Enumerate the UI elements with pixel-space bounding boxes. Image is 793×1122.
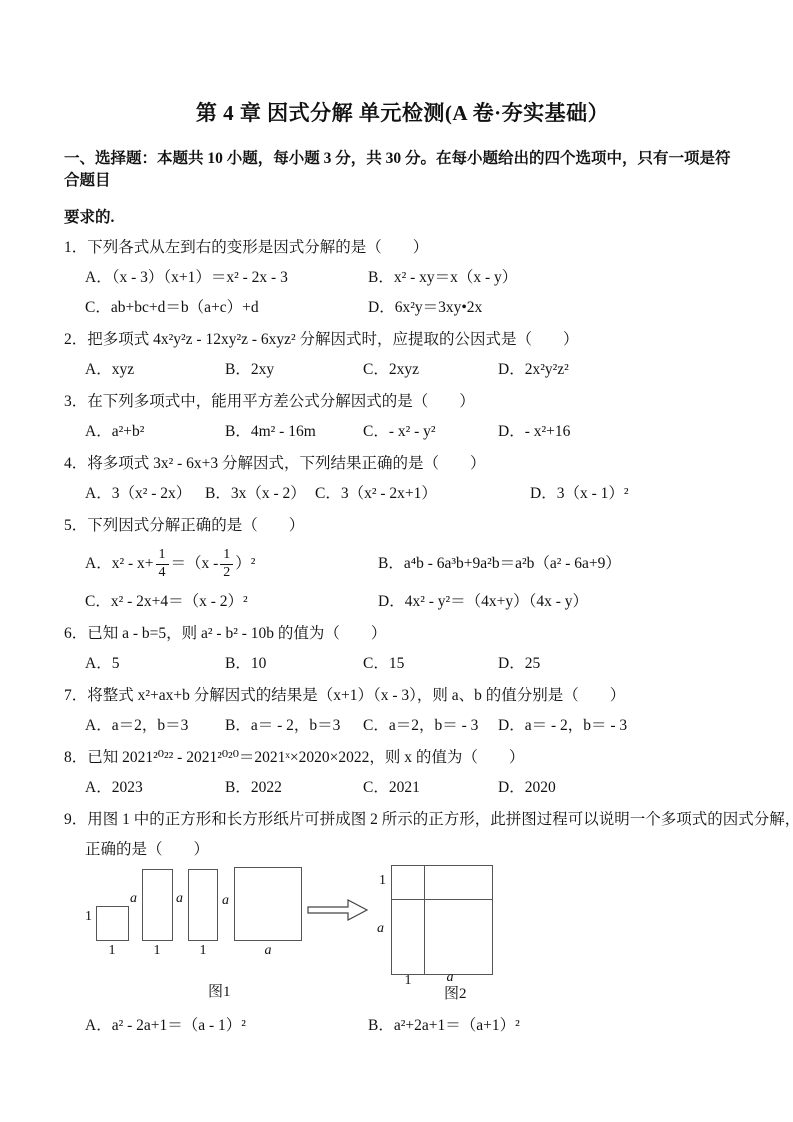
- fig1-rect2-width-label: 1: [193, 943, 213, 959]
- q8-options-row: A．2023 B．2022 C．2021 D．2020: [64, 773, 741, 803]
- q1-option-b: B．x² - xy＝x（x - y）: [368, 263, 741, 293]
- q1-options-row-1: A．（x - 3）（x+1）＝x² - 2x - 3 B．x² - xy＝x（x…: [64, 263, 741, 293]
- q2-option-c: C．2xyz: [363, 355, 498, 385]
- fraction-one-half: 1 2: [220, 547, 233, 580]
- q5-option-a-mid: ＝（x -: [171, 555, 219, 574]
- q7-option-d: D．a＝ - 2，b＝ - 3: [498, 711, 741, 741]
- fig1-small-square-height-label: 1: [85, 909, 92, 925]
- q2-option-b: B．2xy: [225, 355, 363, 385]
- fig1-big-square: [234, 867, 302, 941]
- fig2-square: [391, 865, 493, 975]
- q2-option-a: A．xyz: [85, 355, 225, 385]
- fig2-bottom-right-label: a: [440, 970, 460, 986]
- fig2-left-label: a: [377, 921, 384, 937]
- q5-option-a: A．x² - x+ 1 4 ＝（x - 1 2 ）²: [85, 547, 378, 580]
- q7-option-b: B．a＝ - 2，b＝3: [225, 711, 363, 741]
- fraction-numerator: 1: [156, 547, 169, 564]
- q9-options-row: A．a² - 2a+1＝（a - 1）² B．a²+2a+1＝（a+1）²: [64, 1011, 741, 1041]
- q1-option-d: D．6x²y＝3xy•2x: [368, 293, 741, 323]
- q6-option-c: C．15: [363, 649, 498, 679]
- q5-option-a-post: ）²: [235, 555, 255, 574]
- q4-option-c: C．3（x² - 2x+1）: [315, 479, 530, 509]
- q3-option-a: A．a²+b²: [85, 417, 225, 447]
- fraction-denominator: 4: [156, 565, 169, 581]
- q6-stem: 6．已知 a - b=5，则 a² - b² - 10b 的值为（ ）: [64, 619, 741, 649]
- q9-figure: 1 1 a 1 a 1 a a 图1 1 a 1 a 图2: [64, 865, 741, 1011]
- q1-options-row-2: C．ab+bc+d＝b（a+c）+d D．6x²y＝3xy•2x: [64, 293, 741, 323]
- q6-option-b: B．10: [225, 649, 363, 679]
- q5-option-c: C．x² - 2x+4＝（x - 2）²: [85, 587, 378, 617]
- fig2-caption: 图2: [444, 985, 467, 1003]
- q7-option-a: A．a＝2，b＝3: [85, 711, 225, 741]
- q8-option-a: A．2023: [85, 773, 225, 803]
- fig1-big-square-height-label: a: [222, 893, 229, 909]
- q3-option-c: C．- x² - y²: [363, 417, 498, 447]
- q9-option-b: B．a²+2a+1＝（a+1）²: [368, 1011, 741, 1041]
- q3-options-row: A．a²+b² B．4m² - 16m C．- x² - y² D．- x²+1…: [64, 417, 741, 447]
- fig2-bottom-left-label: 1: [398, 973, 418, 989]
- fig2-horizontal-divider: [392, 899, 492, 900]
- q5-option-a-pre: A．x² - x+: [85, 555, 154, 574]
- fraction-one-fourth: 1 4: [156, 547, 169, 580]
- q5-option-d: D．4x² - y²＝（4x+y）（4x - y）: [378, 587, 741, 617]
- q1-option-c: C．ab+bc+d＝b（a+c）+d: [85, 293, 368, 323]
- fraction-denominator: 2: [220, 565, 233, 581]
- fig1-small-square-width-label: 1: [100, 943, 124, 959]
- q9-stem-line-2: 正确的是（ ）: [64, 835, 741, 865]
- q7-option-c: C．a＝2，b＝ - 3: [363, 711, 498, 741]
- q3-stem: 3．在下列多项式中，能用平方差公式分解因式的是（ ）: [64, 387, 741, 417]
- q6-options-row: A．5 B．10 C．15 D．25: [64, 649, 741, 679]
- q3-option-d: D．- x²+16: [498, 417, 741, 447]
- q1-stem: 1．下列各式从左到右的变形是因式分解的是（ ）: [64, 233, 741, 263]
- fig1-rect2-height-label: a: [176, 891, 183, 907]
- q6-option-d: D．25: [498, 649, 741, 679]
- q4-option-a: A．3（x² - 2x）: [85, 479, 205, 509]
- fig1-rect1: [142, 869, 173, 941]
- q5-options-row-1: A．x² - x+ 1 4 ＝（x - 1 2 ）² B．a⁴b - 6a³b+…: [64, 541, 741, 587]
- fig2-top-left-label: 1: [379, 873, 386, 889]
- q9-option-a: A．a² - 2a+1＝（a - 1）²: [85, 1011, 368, 1041]
- q4-stem: 4．将多项式 3x² - 6x+3 分解因式，下列结果正确的是（ ）: [64, 449, 741, 479]
- page-title: 第 4 章 因式分解 单元检测(A 卷·夯实基础）: [64, 98, 741, 128]
- q8-stem: 8．已知 2021²⁰²² - 2021²⁰²⁰＝2021ˣ×2020×2022…: [64, 743, 741, 773]
- fraction-numerator: 1: [220, 547, 233, 564]
- q4-option-d: D．3（x - 1）²: [530, 479, 741, 509]
- fig1-rect1-height-label: a: [130, 891, 137, 907]
- q7-options-row: A．a＝2，b＝3 B．a＝ - 2，b＝3 C．a＝2，b＝ - 3 D．a＝…: [64, 711, 741, 741]
- q7-stem: 7．将整式 x²+ax+b 分解因式的结果是（x+1）（x - 3），则 a、b…: [64, 681, 741, 711]
- q4-option-b: B．3x（x - 2）: [205, 479, 315, 509]
- q9-stem-line-1: 9．用图 1 中的正方形和长方形纸片可拼成图 2 所示的正方形，此拼图过程可以说…: [64, 805, 741, 835]
- q2-options-row: A．xyz B．2xy C．2xyz D．2x²y²z²: [64, 355, 741, 385]
- q8-option-b: B．2022: [225, 773, 363, 803]
- exam-page: 第 4 章 因式分解 单元检测(A 卷·夯实基础） 一、选择题：本题共 10 小…: [0, 0, 793, 1122]
- q8-option-c: C．2021: [363, 773, 498, 803]
- q2-stem: 2．把多项式 4x²y²z - 12xy²z - 6xyz² 分解因式时，应提取…: [64, 325, 741, 355]
- q5-stem: 5．下列因式分解正确的是（ ）: [64, 511, 741, 541]
- fig1-caption: 图1: [208, 983, 231, 1001]
- q5-option-b: B．a⁴b - 6a³b+9a²b＝a²b（a² - 6a+9）: [378, 555, 741, 574]
- q4-options-row: A．3（x² - 2x） B．3x（x - 2） C．3（x² - 2x+1） …: [64, 479, 741, 509]
- fig1-rect1-width-label: 1: [147, 943, 167, 959]
- q8-option-d: D．2020: [498, 773, 741, 803]
- right-arrow-icon: [307, 897, 369, 923]
- fig1-big-square-width-label: a: [254, 943, 282, 959]
- fig2-vertical-divider: [424, 866, 425, 974]
- q2-option-d: D．2x²y²z²: [498, 355, 741, 385]
- q6-option-a: A．5: [85, 649, 225, 679]
- q5-options-row-2: C．x² - 2x+4＝（x - 2）² D．4x² - y²＝（4x+y）（4…: [64, 587, 741, 617]
- q1-option-a: A．（x - 3）（x+1）＝x² - 2x - 3: [85, 263, 368, 293]
- fig1-small-square: [96, 906, 129, 941]
- section-intro-line-2: 要求的.: [64, 207, 741, 229]
- section-intro-line-1: 一、选择题：本题共 10 小题，每小题 3 分，共 30 分。在每小题给出的四个…: [64, 148, 741, 192]
- q3-option-b: B．4m² - 16m: [225, 417, 363, 447]
- fig1-rect2: [188, 869, 218, 941]
